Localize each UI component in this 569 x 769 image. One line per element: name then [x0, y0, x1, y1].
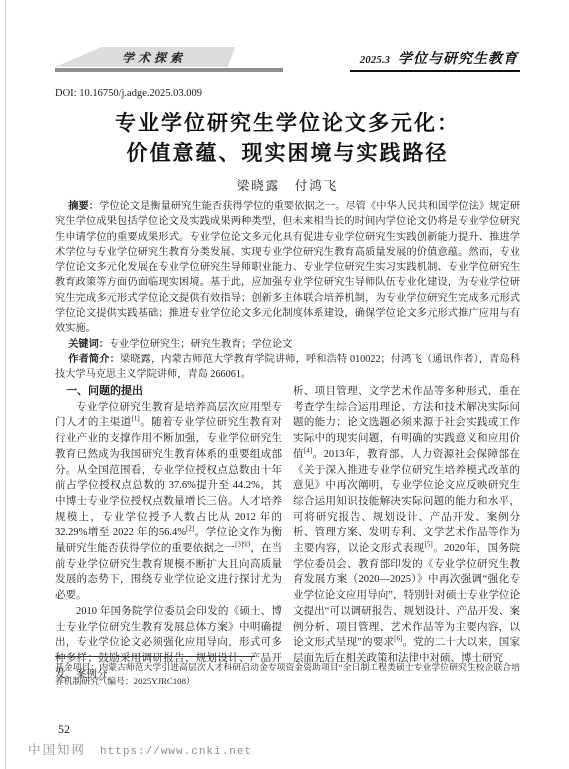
article-title-line2: 价值意蕴、现实困境与实践路径 — [55, 138, 520, 168]
page-number: 52 — [58, 722, 70, 737]
footnote-divider — [55, 656, 255, 657]
article-title-block: 专业学位研究生学位论文多元化： 价值意蕴、现实困境与实践路径 梁晓露 付鸿飞 — [55, 108, 520, 194]
paragraph: 专业学位研究生教育是培养高层次应用型专门人才的主渠道[1]。随着专业学位研究生教… — [55, 400, 282, 604]
article-authors: 梁晓露 付鸿飞 — [55, 176, 520, 194]
page-header: 学术探索 2025.3 学位与研究生教育 — [55, 46, 520, 72]
front-matter: 摘要：学位论文是衡量研究生能否获得学位的重要依据之一。尽管《中华人民共和国学位法… — [55, 199, 520, 383]
keywords: 关键词：专业学位研究生；研究生教育；学位论文 — [55, 337, 520, 352]
paragraph: 析、项目管理、文学艺术作品等多种形式，重在考查学生综合运用理论、方法和技术解决实… — [293, 384, 520, 667]
journal-name: 学位与研究生教育 — [398, 48, 518, 68]
keywords-text: 专业学位研究生；研究生教育；学位论文 — [109, 339, 292, 350]
abstract-label: 摘要： — [68, 201, 99, 212]
author-bio-label: 作者简介： — [68, 354, 120, 365]
abstract-text: 学位论文是衡量研究生能否获得学位的重要依据之一。尽管《中华人民共和国学位法》规定… — [55, 201, 520, 334]
article-title-line1: 专业学位研究生学位论文多元化： — [55, 108, 520, 138]
left-column: 一、问题的提出 专业学位研究生教育是培养高层次应用型专门人才的主渠道[1]。随着… — [55, 384, 282, 682]
page-edge-line — [5, 0, 6, 769]
section-banner: 学术探索 — [55, 47, 287, 72]
cnki-site-name: 中国知网 — [28, 740, 86, 758]
abstract: 摘要：学位论文是衡量研究生能否获得学位的重要依据之一。尽管《中华人民共和国学位法… — [55, 199, 520, 337]
funding-footnote: 基金项目：内蒙古师范大学引进高层次人才科研启动金专项资金资助项目“全日制工程类硕… — [55, 661, 520, 688]
body-columns: 一、问题的提出 专业学位研究生教育是培养高层次应用型专门人才的主渠道[1]。随着… — [55, 384, 520, 682]
journal-issue: 2025.3 — [360, 54, 390, 66]
author-bio-text: 梁晓露，内蒙古师范大学教育学院讲师，呼和浩特 010022；付鸿飞（通讯作者），… — [55, 354, 520, 380]
section-label: 学术探索 — [104, 49, 186, 66]
section-heading: 一、问题的提出 — [55, 384, 282, 400]
right-column: 析、项目管理、文学艺术作品等多种形式，重在考查学生综合运用理论、方法和技术解决实… — [293, 384, 520, 682]
banner-underline — [55, 68, 283, 72]
section-banner-shape: 学术探索 — [55, 47, 235, 67]
journal-masthead: 2025.3 学位与研究生教育 — [350, 48, 520, 72]
author-bio: 作者简介：梁晓露，内蒙古师范大学教育学院讲师，呼和浩特 010022；付鸿飞（通… — [55, 352, 520, 383]
doi-line: DOI: 10.16750/j.adge.2025.03.009 — [55, 88, 202, 99]
keywords-label: 关键词： — [68, 339, 109, 350]
cnki-watermark: 中国知网 https://www.cnki.net — [28, 740, 252, 758]
cnki-url: https://www.cnki.net — [100, 746, 252, 758]
